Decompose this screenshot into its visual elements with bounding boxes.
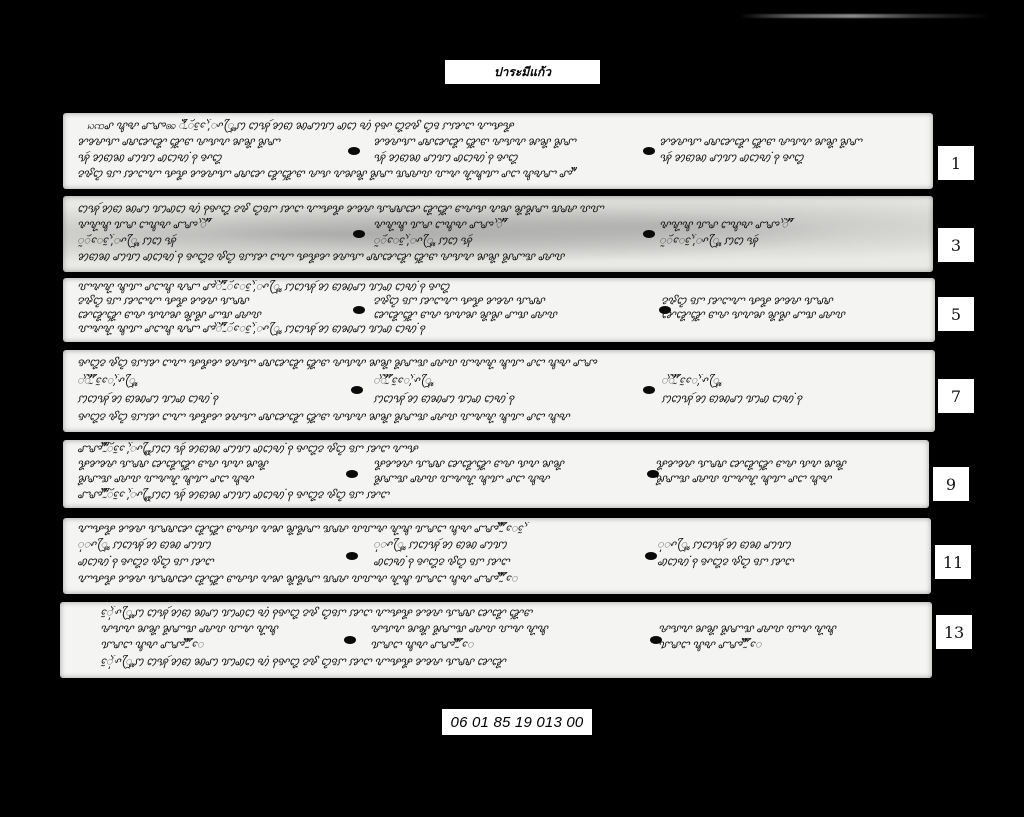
leaf-line: ꨟꨠꨡ ꨢꨣ ꨤꨥꨦ ꨧꨨ ꨩꨪ ꨫꨬ xyxy=(77,218,327,232)
binding-hole xyxy=(645,552,657,560)
leaf-line: ꨧꨨꨩ ꨪꨫ ꨬꨭꨮ ꨯꨰ ꨱꨲꨳ ꨴꨵ ꨶꩀꩁ ꩂꩃ ꩄꩅꩆ ꩇꩈ ꩉꩊꩋ ꩌ… xyxy=(77,488,915,502)
page-number-tag: 11 xyxy=(935,545,971,579)
binding-hole xyxy=(643,386,655,394)
scan-artifact xyxy=(740,14,990,18)
leaf-line: ꩀꩁꩂ ꩃꩄ ꩅꩆꩇ ꩈꩉ ꩊꩋ ꩌꩍ xyxy=(373,392,625,406)
manuscript-title-label: ปาระมีแก้ว xyxy=(445,60,600,84)
binding-hole xyxy=(344,636,356,644)
page-number-tag: 13 xyxy=(936,615,972,649)
leaf-line: ꨩꨪꨫ ꨬꨭ ꨮꨯꨰ ꨱꨲ ꨳꨴ ꨵꨶ xyxy=(661,374,921,388)
palm-leaf-page-5: ꨞꨟꨠ ꨡꨢ ꨣꨤꨥ ꨦꨧ ꨨꨩꨪ ꨫꨬ ꨭꨮꨯ ꨰꨱ ꨲꨳꨴ ꨵꨶ ꩀꩁꩂ ꩃ… xyxy=(63,278,935,342)
binding-hole xyxy=(348,147,360,155)
leaf-line: ꨟꨠꨡ ꨢꨣ ꨤꨥꨦ ꨧꨨ ꨩꨪ ꨫꨬ xyxy=(659,218,919,232)
palm-leaf-page-7: ꨀꨁꨂ ꨃꨄ ꨅꨆꨇ ꨈꨉ ꨊꨋꨌ ꨍꨎ ꨏꨐꨑ ꨒꨓ ꨔꨕꨖ ꨗꨘ ꨙꨚꨛ ꨜ… xyxy=(63,350,935,432)
archive-code-label: 06 01 85 19 013 00 xyxy=(442,709,592,735)
page-number: 1 xyxy=(951,154,961,173)
leaf-line: ꨲꨳꨴ ꨵꨶ ꩀꩁꩂ ꩃꩄ ꩅꩆ ꩇꩈ xyxy=(373,538,621,552)
leaf-line: ꨭꨮꨯ ꨰꨱ ꨲꨳꨴ ꨵꨶ ꩀꩁ ꩂꩃ xyxy=(659,234,919,248)
manuscript-title: ปาระมีแก้ว xyxy=(494,63,551,82)
palm-leaf-page-1: ꩢꩡꨣ ꨥꨦ ꨧꨨꩩ ꨪꨫꨬ ꨭꨮ ꨯꨰꨱ ꨲꨳꨴ ꨵꨶꩀ ꩁꩂ ꩃꩄꩅ ꩆꩇꩈ… xyxy=(63,113,933,189)
leaf-line: ꨋꨌꨍ ꨎꨏ ꨐꨑꨒ ꨓꨔ ꨕꨖ ꨗꨘ xyxy=(373,457,619,471)
leaf-line: ꨢꨣꨤ ꨥꨦ ꨧꨨꨩ ꨪꨫ ꨬꨭ ꨮꨯ xyxy=(370,638,622,652)
page-number: 5 xyxy=(951,305,961,324)
leaf-line: ꩢꩡꨣ ꨥꨦ ꨧꨨꩩ ꨪꨫꨬ ꨭꨮ ꨯꨰꨱ ꨲꨳꨴ ꨵꨶꩀ ꩁꩂ ꩃꩄꩅ ꩆꩇꩈ… xyxy=(87,119,919,133)
page-number: 11 xyxy=(943,553,963,572)
page-number-tag: 1 xyxy=(938,146,974,180)
leaf-line: ꨞꨟꨠ ꨡꨢ ꨣꨤꨥ ꨦꨧ ꨨꨩꨪ ꨫꨬ ꨭꨮꨯ ꨰꨱ ꨲꨳꨴ ꨵꨶ ꩀꩁꩂ ꩃ… xyxy=(77,322,921,336)
leaf-line: ꨙꨚꨛ ꨜꨝ ꨞꨟꨠ ꨡꨢ ꨣꨤ ꨥꨦ xyxy=(77,472,327,486)
leaf-line: ꨂꨃꨄ ꨅꨆ ꨇꨈꨉ ꨊꨋ ꨌꨍ ꨎꨏ xyxy=(661,294,921,308)
palm-leaf-page-11: ꨉꨊꨋ ꨌꨍ ꨎꨏꨐ ꨑꨒ ꨓꨔꨕ ꨖꨗ ꨘꨙꨚ ꨛꨜ ꨝꨞꨟ ꨠꨡ ꨢꨣꨤ ꨥ… xyxy=(63,518,931,594)
leaf-line: ꩄꩅꩆ ꩇꩈ ꩉꩊꩋ ꩌꩍ ꨀꨁꨂ ꨃꨄ ꨅꨆꨇ ꨈꨉ ꨊꨋꨌ ꨍꨎ ꨏꨐꨑ ꨒ… xyxy=(77,250,919,264)
leaf-line: ꨔꨕꨖ ꨗꨘ ꨙꨚꨛ ꨜꨝ ꨞꨟ ꨠꨡ xyxy=(100,622,330,636)
leaf-line: ꨌꨍꨎ ꨏꨐꨑ ꨒꨓ ꨔꨕꨖ ꨗꨘ ꨙꨚ xyxy=(77,135,327,149)
leaf-line: ꨭꨮꨯ ꨰꨱ ꨲꨳꨴ ꨵꨶ ꩀꩁ ꩂꩃ xyxy=(373,234,623,248)
leaf-line: ꨌꨍꨎ ꨏꨐꨑ ꨒꨓ ꨔꨕꨖ ꨗꨘ ꨙꨚ xyxy=(659,135,919,149)
leaf-line: ꩀꩁꩂ ꩃꩄ ꩅꩆꩇ ꩈꩉ ꩊꩋ ꩌꩍ xyxy=(661,392,921,406)
leaf-line: ꩉꩊꩋ ꩌꩍ ꨀꨁꨂ ꨃꨄ ꨅꨆ ꨇꨈ xyxy=(77,555,327,569)
palm-leaf-page-9: ꨧꨨꨩ ꨪꨫ ꨬꨭꨮ ꨯꨰ ꨱꨲꨳ ꨴꨵ ꨶꩀꩁ ꩂꩃ ꩄꩅꩆ ꩇꩈ ꩉꩊꩋ ꩌ… xyxy=(63,440,929,508)
leaf-line: ꨙꨚꨛ ꨜꨝ ꨞꨟꨠ ꨡꨢ ꨣꨤ ꨥꨦ xyxy=(373,472,619,486)
leaf-line: ꨋꨌꨍ ꨎꨏ ꨐꨑꨒ ꨓꨔ ꨕꨖ ꨗꨘ xyxy=(77,457,327,471)
leaf-line: ꨐꨑꨒ ꨓꨔ ꨕꨖꨗ ꨘꨙ ꨚꨛ ꨜꨝ xyxy=(77,308,327,322)
leaf-line: ꨐꨑꨒ ꨓꨔ ꨕꨖꨗ ꨘꨙ ꨚꨛ ꨜꨝ xyxy=(661,308,921,322)
leaf-line: ꨩꨪꨫ ꨬꨭ ꨮꨯꨰ ꨱꨲ ꨳꨴ ꨵꨶ xyxy=(77,374,327,388)
page-number-tag: 5 xyxy=(938,297,974,331)
leaf-line: ꨂꨃꨄ ꨅꨆ ꨇꨈꨉ ꨊꨋ ꨌꨍ ꨎꨏ xyxy=(77,294,327,308)
binding-hole xyxy=(353,230,365,238)
leaf-line: ꨩꨪꨫ ꨬꨭ ꨮꨯꨰ ꨱꨲ ꨳꨴ ꨵꨶ xyxy=(373,374,625,388)
page-number-tag: 3 xyxy=(938,228,974,262)
leaf-line: ꨉꨊꨋ ꨌꨍ ꨎꨏꨐ ꨑꨒ ꨓꨔꨕ ꨖꨗ ꨘꨙꨚ ꨛꨜ ꨝꨞꨟ ꨠꨡ ꨢꨣꨤ ꨥ… xyxy=(77,572,917,586)
leaf-line: ꩉꩊꩋ ꩌꩍ ꨀꨁꨂ ꨃꨄ ꨅꨆ ꨇꨈ xyxy=(657,555,917,569)
page-number: 9 xyxy=(946,475,956,494)
palm-leaf-page-3: ꩁꩂ ꩃꩄꩅ ꩆꩇ ꩈꩉꩊ ꩋꩌ ꩍꨀꨁ ꨂꨃ ꨄꨅꨆ ꨇꨈ ꨉꨊꨋ ꨌꨍ ꨎꨏ… xyxy=(63,196,933,272)
leaf-line: ꨰꨱꨲ ꨳꨴ ꨵꨶꩀ ꩁꩂ ꩃꩄꩅ ꩆꩇ ꩈꩉꩊ ꩋꩌ ꩍꨀꨁ ꨂꨃ ꨄꨅꨆ ꨇ… xyxy=(100,606,918,620)
leaf-line: ꩉꩊꩋ ꩌꩍ ꨀꨁꨂ ꨃꨄ ꨅꨆ ꨇꨈ xyxy=(373,555,621,569)
archive-code: 06 01 85 19 013 00 xyxy=(451,714,584,731)
leaf-line: ꨢꨣꨤ ꨥꨦ ꨧꨨꨩ ꨪꨫ ꨬꨭ ꨮꨯ xyxy=(100,638,330,652)
leaf-line: ꨲꨳꨴ ꨵꨶ ꩀꩁꩂ ꩃꩄ ꩅꩆ ꩇꩈ xyxy=(657,538,917,552)
page-number: 7 xyxy=(951,387,961,406)
leaf-line: ꨙꨚꨛ ꨜꨝ ꨞꨟꨠ ꨡꨢ ꨣꨤ ꨥꨦ xyxy=(655,472,915,486)
binding-hole xyxy=(353,306,365,314)
leaf-line: ꩂꩃ ꩄꩅꩆ ꩇꩈ ꩉꩊꩋ ꩌꩍ ꨀꨁ xyxy=(373,151,623,165)
leaf-line: ꨀꨁꨂ ꨃꨄ ꨅꨆꨇ ꨈꨉ ꨊꨋꨌ ꨍꨎ ꨏꨐꨑ ꨒꨓ ꨔꨕꨖ ꨗꨘ ꨙꨚꨛ ꨜ… xyxy=(77,356,921,370)
leaf-line: ꩁꩂ ꩃꩄꩅ ꩆꩇ ꩈꩉꩊ ꩋꩌ ꩍꨀꨁ ꨂꨃ ꨄꨅꨆ ꨇꨈ ꨉꨊꨋ ꨌꨍ ꨎꨏ… xyxy=(77,202,919,216)
leaf-line: ꨰꨱꨲ ꨳꨴ ꨵꨶꩀ ꩁꩂ ꩃꩄꩅ ꩆꩇ ꩈꩉꩊ ꩋꩌ ꩍꨀꨁ ꨂꨃ ꨄꨅꨆ ꨇ… xyxy=(100,655,918,669)
leaf-line: ꩂꩃ ꩄꩅꩆ ꩇꩈ ꩉꩊꩋ ꩌꩍ ꨀꨁ xyxy=(77,151,327,165)
binding-hole xyxy=(351,386,363,394)
leaf-line: ꨌꨍꨎ ꨏꨐꨑ ꨒꨓ ꨔꨕꨖ ꨗꨘ ꨙꨚ xyxy=(373,135,623,149)
leaf-line: ꨉꨊꨋ ꨌꨍ ꨎꨏꨐ ꨑꨒ ꨓꨔꨕ ꨖꨗ ꨘꨙꨚ ꨛꨜ ꨝꨞꨟ ꨠꨡ ꨢꨣꨤ ꨥ… xyxy=(77,522,917,536)
leaf-line: ꨔꨕꨖ ꨗꨘ ꨙꨚꨛ ꨜꨝ ꨞꨟ ꨠꨡ xyxy=(658,622,918,636)
leaf-line: ꨧꨨꨩ ꨪꨫ ꨬꨭꨮ ꨯꨰ ꨱꨲꨳ ꨴꨵ ꨶꩀꩁ ꩂꩃ ꩄꩅꩆ ꩇꩈ ꩉꩊꩋ ꩌ… xyxy=(77,442,915,456)
leaf-line: ꨢꨣꨤ ꨥꨦ ꨧꨨꨩ ꨪꨫ ꨬꨭ ꨮꨯ xyxy=(658,638,918,652)
palm-leaf-page-13: ꨰꨱꨲ ꨳꨴ ꨵꨶꩀ ꩁꩂ ꩃꩄꩅ ꩆꩇ ꩈꩉꩊ ꩋꩌ ꩍꨀꨁ ꨂꨃ ꨄꨅꨆ ꨇ… xyxy=(60,602,932,678)
leaf-line: ꨲꨳꨴ ꨵꨶ ꩀꩁꩂ ꩃꩄ ꩅꩆ ꩇꩈ xyxy=(77,538,327,552)
binding-hole xyxy=(346,470,358,478)
page-number-tag: 9 xyxy=(933,467,969,501)
leaf-line: ꩂꩃ ꩄꩅꩆ ꩇꩈ ꩉꩊꩋ ꩌꩍ ꨀꨁ xyxy=(659,151,919,165)
leaf-line: ꨂꨃꨄ ꨅꨆ ꨇꨈꨉ ꨊꨋ ꨌꨍꨎ ꨏꨐ ꨑꨒꨓ ꨔꨕ ꨖꨗꨘ ꨙꨚ ꨛꨜꨝ ꨞ… xyxy=(77,167,919,181)
leaf-line: ꨋꨌꨍ ꨎꨏ ꨐꨑꨒ ꨓꨔ ꨕꨖ ꨗꨘ xyxy=(655,457,915,471)
binding-hole xyxy=(643,147,655,155)
leaf-line: ꨐꨑꨒ ꨓꨔ ꨕꨖꨗ ꨘꨙ ꨚꨛ ꨜꨝ xyxy=(373,308,625,322)
binding-hole xyxy=(643,230,655,238)
page-number-tag: 7 xyxy=(938,379,974,413)
leaf-line: ꩀꩁꩂ ꩃꩄ ꩅꩆꩇ ꩈꩉ ꩊꩋ ꩌꩍ xyxy=(77,392,327,406)
binding-hole xyxy=(346,552,358,560)
leaf-line: ꨔꨕꨖ ꨗꨘ ꨙꨚꨛ ꨜꨝ ꨞꨟ ꨠꨡ xyxy=(370,622,622,636)
leaf-line: ꨞꨟꨠ ꨡꨢ ꨣꨤꨥ ꨦꨧ ꨨꨩꨪ ꨫꨬ ꨭꨮꨯ ꨰꨱ ꨲꨳꨴ ꨵꨶ ꩀꩁꩂ ꩃ… xyxy=(77,280,921,294)
leaf-line: ꨭꨮꨯ ꨰꨱ ꨲꨳꨴ ꨵꨶ ꩀꩁ ꩂꩃ xyxy=(77,234,327,248)
leaf-line: ꨂꨃꨄ ꨅꨆ ꨇꨈꨉ ꨊꨋ ꨌꨍ ꨎꨏ xyxy=(373,294,625,308)
page-number: 13 xyxy=(944,623,964,642)
leaf-line: ꨟꨠꨡ ꨢꨣ ꨤꨥꨦ ꨧꨨ ꨩꨪ ꨫꨬ xyxy=(373,218,623,232)
leaf-line: ꨀꨁꨂ ꨃꨄ ꨅꨆꨇ ꨈꨉ ꨊꨋꨌ ꨍꨎ ꨏꨐꨑ ꨒꨓ ꨔꨕꨖ ꨗꨘ ꨙꨚꨛ ꨜ… xyxy=(77,410,921,424)
page-number: 3 xyxy=(951,236,961,255)
